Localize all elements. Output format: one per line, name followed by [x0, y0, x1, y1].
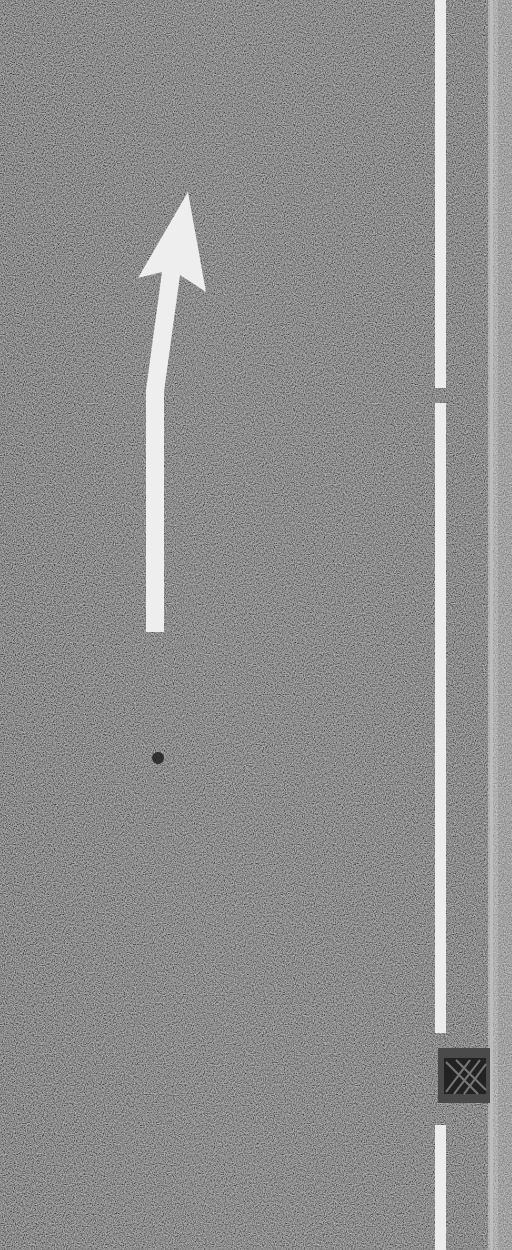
storm-drain-grate	[438, 1048, 490, 1103]
curb	[488, 0, 512, 1250]
road-surface	[0, 0, 512, 1250]
oil-stain	[152, 752, 164, 764]
asphalt	[0, 0, 490, 1250]
